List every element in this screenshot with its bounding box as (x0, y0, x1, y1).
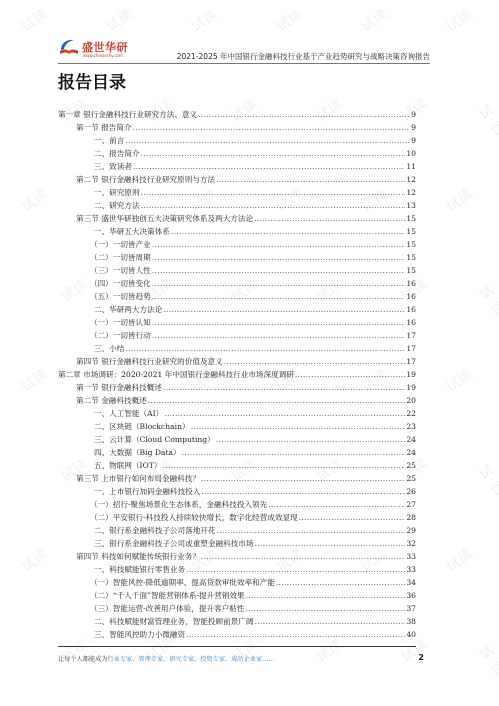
toc-leader-dots (152, 264, 406, 277)
toc-entry[interactable]: （三）智能运营-改善用户体验，提升客户粘性37 (58, 602, 416, 615)
toc-entry-page: 25 (406, 472, 416, 485)
toc-entry-page: 12 (406, 173, 416, 186)
toc-entry-page: 36 (406, 589, 416, 602)
toc-leader-dots (201, 485, 405, 498)
toc-entry-label: 第二节 银行金融科技行业研究原则与方法 (76, 173, 215, 186)
toc-entry[interactable]: 第二节 金融科技概述20 (58, 394, 416, 407)
page-footer: 让每个人都能成为行业专家、管理专家、研究专家、投资专家、成功企业家…… 2 (58, 654, 430, 668)
toc-entry-page: 9 (411, 108, 416, 121)
toc-leader-dots (125, 134, 410, 147)
toc-entry-page: 17 (406, 342, 416, 355)
toc-leader-dots (152, 238, 406, 251)
toc-leader-dots (198, 108, 410, 121)
toc-entry-page: 27 (406, 498, 416, 511)
toc-leader-dots (163, 303, 405, 316)
watermark-text: 试读 (442, 184, 476, 216)
toc-entry-label: 三、云计算（Cloud Computing） (94, 433, 215, 446)
toc-entry[interactable]: 二、科技赋能财富管理业务，智能投顾前景广阔38 (58, 615, 416, 628)
toc-entry[interactable]: 三、智能风控助力小微融资40 (58, 628, 416, 641)
toc-entry[interactable]: 三、致读者11 (58, 160, 416, 173)
toc-leader-dots (152, 290, 406, 303)
toc-entry[interactable]: 三、小结17 (58, 342, 416, 355)
toc-entry-page: 19 (406, 368, 416, 381)
toc-leader-dots (254, 212, 405, 225)
toc-entry[interactable]: （四）一切皆变化16 (58, 277, 416, 290)
toc-entry-page: 29 (406, 524, 416, 537)
toc-entry-page: 9 (411, 134, 416, 147)
toc-entry-page: 15 (406, 238, 416, 251)
toc-bottom-divider (58, 646, 416, 647)
toc-entry-label: （三）智能运营-改善用户体验，提升客户粘性 (90, 602, 244, 615)
toc-leader-dots (299, 511, 406, 524)
toc-leader-dots (268, 498, 405, 511)
toc-entry-page: 16 (406, 316, 416, 329)
toc-entry-page: 33 (406, 563, 416, 576)
watermark-text: 试读 (442, 4, 476, 36)
toc-entry[interactable]: 二、研究方法13 (58, 199, 416, 212)
toc-leader-dots (182, 446, 406, 459)
toc-entry[interactable]: 一、上市银行加码金融科技投入26 (58, 485, 416, 498)
logo-book-icon (58, 38, 80, 58)
toc-leader-dots (217, 524, 406, 537)
toc-leader-dots (254, 537, 405, 550)
toc-entry-page: 33 (406, 550, 416, 563)
watermark-text: 试读 (17, 544, 51, 576)
toc-entry-label: 三、小结 (94, 342, 124, 355)
toc-entry-page: 24 (406, 433, 416, 446)
report-title: 2021-2025 年中国银行金融科技行业基于产业趋势研究与战略决策咨询报告 (177, 51, 430, 62)
toc-entry-page: 40 (406, 628, 416, 641)
toc-entry[interactable]: 二、区块链（Blockchain）23 (58, 420, 416, 433)
toc-leader-dots (164, 407, 405, 420)
toc-entry[interactable]: （三）一切皆人性15 (58, 264, 416, 277)
toc-entry-page: 23 (406, 420, 416, 433)
toc-entry[interactable]: 第二节 银行金融科技行业研究原则与方法12 (58, 173, 416, 186)
toc-leader-dots (141, 147, 406, 160)
toc-entry[interactable]: 二、报告简介10 (58, 147, 416, 160)
toc-entry-label: 二、华研两大方法论 (94, 303, 162, 316)
toc-entry[interactable]: 第三节 盛世华研独创五大决策研究体系及两大方法论15 (58, 212, 416, 225)
toc-entry[interactable]: 第四节 银行金融科技行业研究的价值及意义17 (58, 355, 416, 368)
toc-leader-dots (246, 589, 406, 602)
toc-entry-page: 20 (406, 394, 416, 407)
toc-leader-dots (201, 550, 405, 563)
footer-slogan-lead: 让每个人都能成为 (58, 656, 108, 663)
toc-entry-page: 34 (406, 576, 416, 589)
toc-entry-label: （五）一切皆趋势 (90, 290, 151, 303)
toc-entry-page: 16 (406, 290, 416, 303)
toc-entry-label: 第一节 银行金融科技概述 (76, 381, 162, 394)
toc-entry[interactable]: 一、科技赋能银行零售业务33 (58, 563, 416, 576)
toc-entry[interactable]: 第四节 科技如何赋能传统银行业务？33 (58, 550, 416, 563)
toc-entry-page: 15 (406, 225, 416, 238)
toc-entry[interactable]: 第一章 银行金融科技行业研究方法、意义9 (58, 108, 416, 121)
toc-entry[interactable]: （二）“千人千面”智能营销体系-提升营销效果36 (58, 589, 416, 602)
toc-entry[interactable]: （五）一切皆趋势16 (58, 290, 416, 303)
toc-leader-dots (148, 394, 406, 407)
toc-entry[interactable]: （二）平安银行-科技投入持续较快增长，数字化经营成效显现28 (58, 511, 416, 524)
toc-entry-label: 一、人工智能（AI） (94, 407, 163, 420)
toc-entry[interactable]: （二）一切皆周期15 (58, 251, 416, 264)
toc-entry-page: 10 (406, 147, 416, 160)
logo-url: www.chinasshy.com (83, 53, 123, 58)
toc-entry-page: 15 (406, 264, 416, 277)
toc-entry-page: 16 (406, 277, 416, 290)
watermark-text: 试读 (475, 100, 499, 141)
toc-leader-dots (191, 420, 406, 433)
toc-leader-dots (163, 381, 405, 394)
toc-entry[interactable]: 一、研究原则12 (58, 186, 416, 199)
toc-entry-page: 17 (406, 329, 416, 342)
toc-leader-dots (125, 342, 405, 355)
toc-entry[interactable]: （一）一切皆认知16 (58, 316, 416, 329)
toc-entry-label: 一、华研五大决策体系 (94, 225, 170, 238)
toc-entry-page: 32 (406, 537, 416, 550)
toc-entry-label: 二、研究方法 (94, 199, 140, 212)
toc-entry[interactable]: 第一节 银行金融科技概述19 (58, 381, 416, 394)
watermark-text: 试读 (17, 4, 51, 36)
toc-entry-label: 第四节 科技如何赋能传统银行业务？ (76, 550, 200, 563)
toc-entry-label: （三）一切皆人性 (90, 264, 151, 277)
toc-entry-page: 15 (406, 212, 416, 225)
toc-entry[interactable]: 二、银行系金融科技子公司落地开花29 (58, 524, 416, 537)
toc-leader-dots (186, 563, 405, 576)
toc-entry-label: 三、银行系金融科技子公司或重塑金融科技市场 (94, 537, 253, 550)
toc-leader-dots (295, 368, 405, 381)
toc-leader-dots (152, 277, 406, 290)
watermark-text: 试读 (475, 280, 499, 321)
toc-entry-label: 三、致读者 (94, 160, 132, 173)
toc-entry-page: 12 (406, 186, 416, 199)
watermark-text: 试读 (17, 364, 51, 396)
toc-entry-page: 9 (411, 121, 416, 134)
toc-leader-dots (216, 433, 406, 446)
toc-entry-label: （一）一切皆认知 (90, 316, 151, 329)
toc-entry-label: 一、前言 (94, 134, 124, 147)
toc-entry[interactable]: 一、人工智能（AI）22 (58, 407, 416, 420)
toc-entry-label: 第三节 盛世华研独创五大决策研究体系及两大方法论 (76, 212, 253, 225)
toc-entry-label: 五、物联网（IOT） (94, 459, 161, 472)
toc-entry-page: 26 (406, 485, 416, 498)
toc-entry-label: 第一节 报告简介 (76, 121, 132, 134)
watermark-text: 试读 (272, 4, 306, 36)
toc-leader-dots (133, 160, 405, 173)
toc-entry[interactable]: （一）招行-聚焦场景化生态体系，金融科技投入领先27 (58, 498, 416, 511)
toc-entry-label: 一、科技赋能银行零售业务 (94, 563, 185, 576)
toc-leader-dots (224, 355, 406, 368)
toc-entry[interactable]: 第一节 报告简介9 (58, 121, 416, 134)
toc-leader-dots (152, 316, 406, 329)
toc-entry-page: 38 (406, 615, 416, 628)
toc-entry-page: 22 (406, 407, 416, 420)
toc-leader-dots (186, 628, 405, 641)
toc-entry-label: 第二节 金融科技概述 (76, 394, 147, 407)
toc-entry-label: 第三节 上市银行如何布局金融科技？ (76, 472, 200, 485)
logo: 盛世华研 www.chinasshy.com (58, 36, 138, 62)
toc-entry-label: （一）招行-聚焦场景化生态体系，金融科技投入领先 (90, 498, 267, 511)
toc-leader-dots (162, 459, 405, 472)
toc-entry-label: （二）一切皆行动 (90, 329, 151, 342)
toc-entry-label: 二、区块链（Blockchain） (94, 420, 190, 433)
toc-entry-page: 11 (406, 160, 416, 173)
watermark-text: 试读 (475, 460, 499, 501)
toc-entry-page: 28 (406, 511, 416, 524)
toc-entry-label: （一）智能风控-降低逾期率、提高贷款审批效率和产能 (90, 576, 275, 589)
page-number: 2 (418, 653, 424, 662)
toc-entry[interactable]: 四、大数据（Big Data）24 (58, 446, 416, 459)
header-divider (58, 63, 430, 64)
toc-entry[interactable]: 一、前言9 (58, 134, 416, 147)
toc-entry-label: 二、银行系金融科技子公司落地开花 (94, 524, 216, 537)
watermark-text: 试读 (187, 4, 221, 36)
toc-leader-dots (152, 329, 406, 342)
toc-entry[interactable]: 第二章 市场调研：2020-2021 年中国银行金融科技行业市场深度调研19 (58, 368, 416, 381)
toc-entry-label: （二）一切皆周期 (90, 251, 151, 264)
toc-entry-label: 第四节 银行金融科技行业研究的价值及意义 (76, 355, 223, 368)
toc-entry[interactable]: 一、华研五大决策体系15 (58, 225, 416, 238)
toc-leader-dots (141, 186, 406, 199)
page-header: 盛世华研 www.chinasshy.com 2021-2025 年中国银行金融… (58, 36, 430, 64)
toc-entry-page: 13 (406, 199, 416, 212)
watermark-text: 试读 (442, 544, 476, 576)
toc-leader-dots (254, 615, 405, 628)
toc-leader-dots (276, 576, 406, 589)
toc-entry-label: （四）一切皆变化 (90, 277, 151, 290)
toc-leader-dots (152, 251, 406, 264)
watermark-text: 试读 (442, 364, 476, 396)
toc-entry[interactable]: 二、华研两大方法论16 (58, 303, 416, 316)
toc-entry-label: 第一章 银行金融科技行业研究方法、意义 (58, 108, 197, 121)
watermark-text: 试读 (475, 640, 499, 681)
toc-leader-dots (171, 225, 405, 238)
toc-entry-label: 一、研究原则 (94, 186, 140, 199)
toc-entry[interactable]: （一）一切皆产业15 (58, 238, 416, 251)
table-of-contents: 第一章 银行金融科技行业研究方法、意义9第一节 报告简介9一、前言9二、报告简介… (58, 108, 416, 641)
toc-leader-dots (216, 173, 405, 186)
toc-entry-label: 三、智能风控助力小微融资 (94, 628, 185, 641)
toc-entry-page: 16 (406, 303, 416, 316)
toc-entry-label: （二）“千人千面”智能营销体系-提升营销效果 (90, 589, 245, 602)
watermark-text: 试读 (102, 4, 136, 36)
footer-slogan-roles: 行业专家、管理专家、研究专家、投资专家、成功企业家…… (108, 656, 275, 663)
toc-entry-page: 25 (406, 459, 416, 472)
toc-entry-label: 四、大数据（Big Data） (94, 446, 181, 459)
watermark-text: 试读 (357, 4, 391, 36)
toc-entry[interactable]: （二）一切皆行动17 (58, 329, 416, 342)
page-title: 报告目录 (58, 68, 126, 93)
toc-entry-label: 一、上市银行加码金融科技投入 (94, 485, 200, 498)
toc-entry[interactable]: 三、银行系金融科技子公司或重塑金融科技市场32 (58, 537, 416, 550)
toc-entry-label: （一）一切皆产业 (90, 238, 151, 251)
toc-entry-page: 17 (406, 355, 416, 368)
toc-entry-label: （二）平安银行-科技投入持续较快增长，数字化经营成效显现 (90, 511, 298, 524)
toc-entry-label: 二、报告简介 (94, 147, 140, 160)
toc-leader-dots (201, 472, 405, 485)
toc-entry-label: 二、科技赋能财富管理业务，智能投顾前景广阔 (94, 615, 253, 628)
toc-entry-page: 15 (406, 251, 416, 264)
toc-leader-dots (133, 121, 411, 134)
toc-entry-page: 19 (406, 381, 416, 394)
toc-entry-label: 第二章 市场调研：2020-2021 年中国银行金融科技行业市场深度调研 (58, 368, 294, 381)
toc-leader-dots (141, 199, 406, 212)
toc-entry-page: 24 (406, 446, 416, 459)
toc-leader-dots (245, 602, 405, 615)
toc-entry[interactable]: 第三节 上市银行如何布局金融科技？25 (58, 472, 416, 485)
toc-entry[interactable]: 三、云计算（Cloud Computing）24 (58, 433, 416, 446)
toc-entry[interactable]: （一）智能风控-降低逾期率、提高贷款审批效率和产能34 (58, 576, 416, 589)
toc-entry[interactable]: 五、物联网（IOT）25 (58, 459, 416, 472)
watermark-text: 试读 (17, 184, 51, 216)
toc-entry-page: 37 (406, 602, 416, 615)
